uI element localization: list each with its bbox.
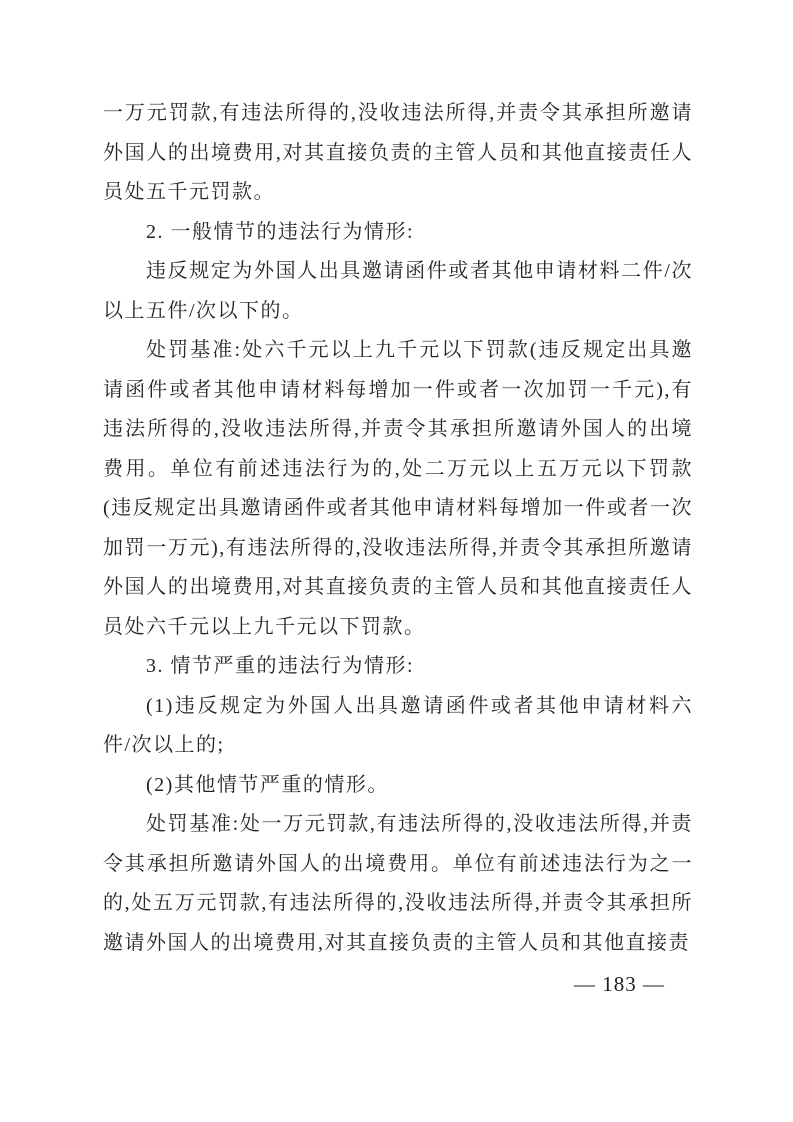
paragraph: 处罚基准:处一万元罚款,有违法所得的,没收违法所得,并责令其承担所邀请外国人的出…	[103, 805, 693, 963]
paragraph: 一万元罚款,有违法所得的,没收违法所得,并责令其承担所邀请外国人的出境费用,对其…	[103, 94, 693, 213]
document-body: 一万元罚款,有违法所得的,没收违法所得,并责令其承担所邀请外国人的出境费用,对其…	[103, 94, 693, 963]
document-page: 一万元罚款,有违法所得的,没收违法所得,并责令其承担所邀请外国人的出境费用,对其…	[0, 0, 793, 1122]
paragraph: (2)其他情节严重的情形。	[103, 766, 693, 806]
paragraph: 处罚基准:处六千元以上九千元以下罚款(违反规定出具邀请函件或者其他申请材料每增加…	[103, 331, 693, 647]
paragraph: 3. 情节严重的违法行为情形:	[103, 647, 693, 687]
paragraph: 违反规定为外国人出具邀请函件或者其他申请材料二件/次以上五件/次以下的。	[103, 252, 693, 331]
paragraph: 2. 一般情节的违法行为情形:	[103, 213, 693, 253]
page-number: — 183 —	[574, 969, 665, 999]
paragraph: (1)违反规定为外国人出具邀请函件或者其他申请材料六件/次以上的;	[103, 687, 693, 766]
